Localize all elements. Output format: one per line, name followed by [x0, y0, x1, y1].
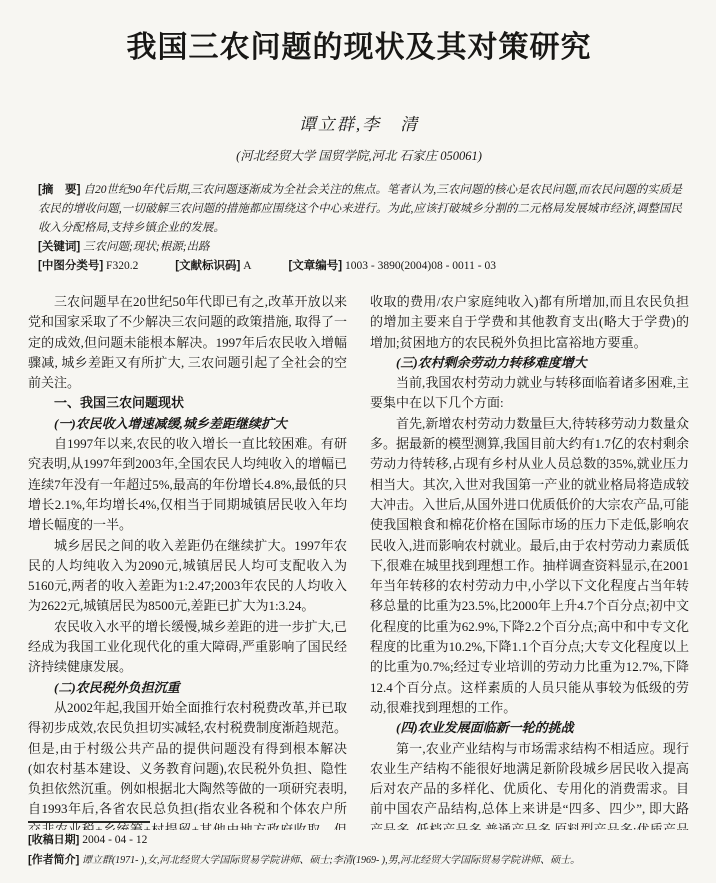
clc-label: [中图分类号]: [38, 260, 103, 272]
classification-line: [中图分类号] F320.2 [文献标识码] A [文章编号] 1003 - 3…: [38, 257, 682, 276]
abstract: [摘 要] 自20世纪90年代后期,三农问题逐渐成为全社会关注的焦点。笔者认为,…: [38, 181, 682, 238]
received-date-value: 2004 - 04 - 12: [82, 834, 147, 846]
doc-code-value: A: [243, 260, 251, 272]
paragraph: 三农问题早在20世纪50年代即已有之,改革开放以来党和国家采取了不少解决三农问题…: [28, 292, 347, 393]
paragraph: 从2002年起,我国开始全面推行农村税费改革,并已取得初步成效,农民负担切实减轻…: [28, 698, 347, 830]
clc-pair: [中图分类号] F320.2: [38, 257, 138, 276]
received-date-label: [收稿日期]: [28, 834, 79, 846]
keywords-text: 三农问题;现状;根源;出路: [83, 241, 210, 253]
paragraph: 第一,农业产业结构与市场需求结构不相适应。现行农业生产结构不能很好地满足新阶段城…: [370, 739, 689, 830]
footnote-divider: [28, 821, 150, 823]
paragraph: 首先,新增农村劳动力数量巨大,待转移劳动力数量众多。据最新的模型测算,我国目前大…: [370, 414, 689, 718]
author-bio-label: [作者简介]: [28, 854, 79, 866]
affiliation: (河北经贸大学 国贸学院,河北 石家庄 050061): [28, 146, 690, 164]
doc-code-label: [文献标识码]: [175, 260, 240, 272]
article-meta-block: [摘 要] 自20世纪90年代后期,三农问题逐渐成为全社会关注的焦点。笔者认为,…: [38, 181, 682, 276]
left-column: 三农问题早在20世纪50年代即已有之,改革开放以来党和国家采取了不少解决三农问题…: [28, 292, 347, 830]
subsection-heading: (二)农民税外负担沉重: [28, 678, 347, 698]
paragraph: 收取的费用/农户家庭纯收入)都有所增加,而且农民负担的增加主要来自于学费和其他教…: [370, 292, 689, 353]
article-id-value: 1003 - 3890(2004)08 - 0011 - 03: [345, 260, 496, 272]
received-date-line: [收稿日期] 2004 - 04 - 12: [28, 831, 692, 847]
keywords-label: [关键词]: [38, 241, 80, 253]
journal-article-page: 我国三农问题的现状及其对策研究 谭立群,李 清 (河北经贸大学 国贸学院,河北 …: [0, 0, 716, 883]
article-id-label: [文章编号]: [288, 260, 342, 272]
subsection-heading: (四)农业发展面临新一轮的挑战: [370, 718, 689, 738]
abstract-label: [摘 要]: [38, 184, 80, 196]
article-body: 三农问题早在20世纪50年代即已有之,改革开放以来党和国家采取了不少解决三农问题…: [28, 292, 690, 830]
subsection-heading: (一)农民收入增速减缓,城乡差距继续扩大: [28, 414, 347, 434]
right-column: 收取的费用/农户家庭纯收入)都有所增加,而且农民负担的增加主要来自于学费和其他教…: [370, 292, 689, 830]
author-bio-text: 谭立群(1971- ),女,河北经贸大学国际贸易学院讲师、硕士;李清(1969-…: [82, 855, 580, 866]
author-bio-line: [作者简介] 谭立群(1971- ),女,河北经贸大学国际贸易学院讲师、硕士;李…: [28, 851, 692, 867]
page-title: 我国三农问题的现状及其对策研究: [28, 22, 690, 66]
article-id-pair: [文章编号] 1003 - 3890(2004)08 - 0011 - 03: [288, 257, 496, 276]
keywords: [关键词] 三农问题;现状;根源;出路: [38, 238, 682, 257]
footnote-area: [收稿日期] 2004 - 04 - 12 [作者简介] 谭立群(1971- )…: [28, 821, 692, 867]
clc-value: F320.2: [106, 260, 138, 272]
paragraph: 城乡居民之间的收入差距仍在继续扩大。1997年农民的人均纯收入为2090元,城镇…: [28, 536, 347, 617]
paragraph: 农民收入水平的增长缓慢,城乡差距的进一步扩大,已经成为我国工业化现代化的重大障碍…: [28, 617, 347, 678]
doc-code-pair: [文献标识码] A: [175, 257, 251, 276]
authors: 谭立群,李 清: [28, 110, 690, 135]
section-heading: 一、我国三农问题现状: [28, 393, 347, 413]
abstract-text: 自20世纪90年代后期,三农问题逐渐成为全社会关注的焦点。笔者认为,三农问题的核…: [38, 184, 682, 234]
subsection-heading: (三)农村剩余劳动力转移难度增大: [370, 353, 689, 373]
paragraph: 当前,我国农村劳动力就业与转移面临着诸多困难,主要集中在以下几个方面:: [370, 373, 689, 414]
paragraph: 自1997年以来,农民的收入增长一直比较困难。有研究表明,从1997年到2003…: [28, 434, 347, 535]
